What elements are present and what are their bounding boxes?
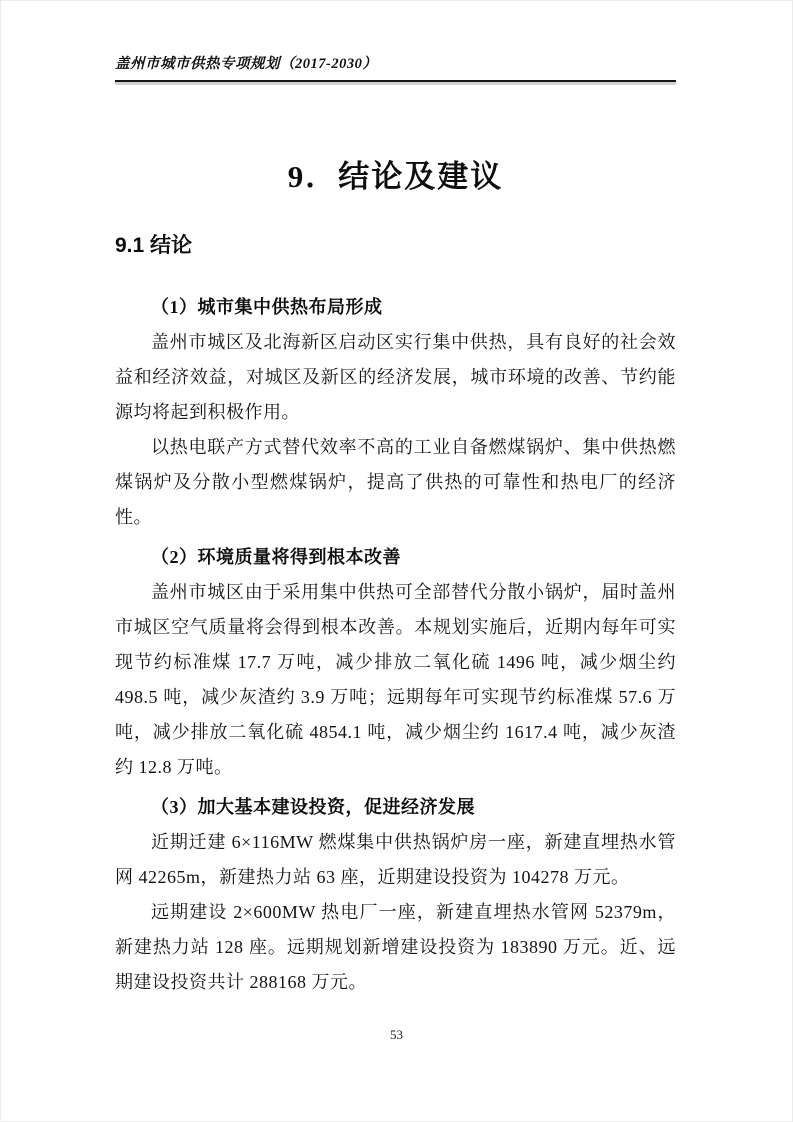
paragraph-long-term-investment: 远期建设 2×600MW 热电厂一座，新建直埋热水管网 52379m，新建热力站… [115,895,676,1000]
page-header: 盖州市城市供热专项规划（2017-2030） [115,0,676,82]
section-title: 9.1 结论 [115,232,676,260]
paragraph-chp-replacement: 以热电联产方式替代效率不高的工业自备燃煤锅炉、集中供热燃煤锅炉及分散小型燃煤锅炉… [115,430,676,535]
subheading-investment-promotion: （3）加大基本建设投资，促进经济发展 [115,790,676,825]
chapter-title: 9．结论及建议 [115,154,676,200]
page-number: 53 [390,1027,403,1042]
paragraph-heating-layout-benefits: 盖州市城区及北海新区启动区实行集中供热，具有良好的社会效益和经济效益，对城区及新… [115,325,676,430]
subheading-urban-heating-layout: （1）城市集中供热布局形成 [115,290,676,325]
running-header-title: 盖州市城市供热专项规划（2017-2030） [115,56,377,72]
document-page: 盖州市城市供热专项规划（2017-2030） 9．结论及建议 9.1 结论 （1… [0,0,793,1122]
paragraph-near-term-investment: 近期迁建 6×116MW 燃煤集中供热锅炉房一座，新建直埋热水管网 42265m… [115,825,676,895]
document-body: 9．结论及建议 9.1 结论 （1）城市集中供热布局形成 盖州市城区及北海新区启… [115,154,676,1000]
content-column: 盖州市城市供热专项规划（2017-2030） 9．结论及建议 9.1 结论 （1… [115,0,676,1000]
paragraph-emission-reduction: 盖州市城区由于采用集中供热可全部替代分散小锅炉，届时盖州市城区空气质量将会得到根… [115,575,676,785]
section-content: （1）城市集中供热布局形成 盖州市城区及北海新区启动区实行集中供热，具有良好的社… [115,290,676,1000]
subheading-environment-improvement: （2）环境质量将得到根本改善 [115,540,676,575]
page-footer: 53 [0,1026,793,1044]
